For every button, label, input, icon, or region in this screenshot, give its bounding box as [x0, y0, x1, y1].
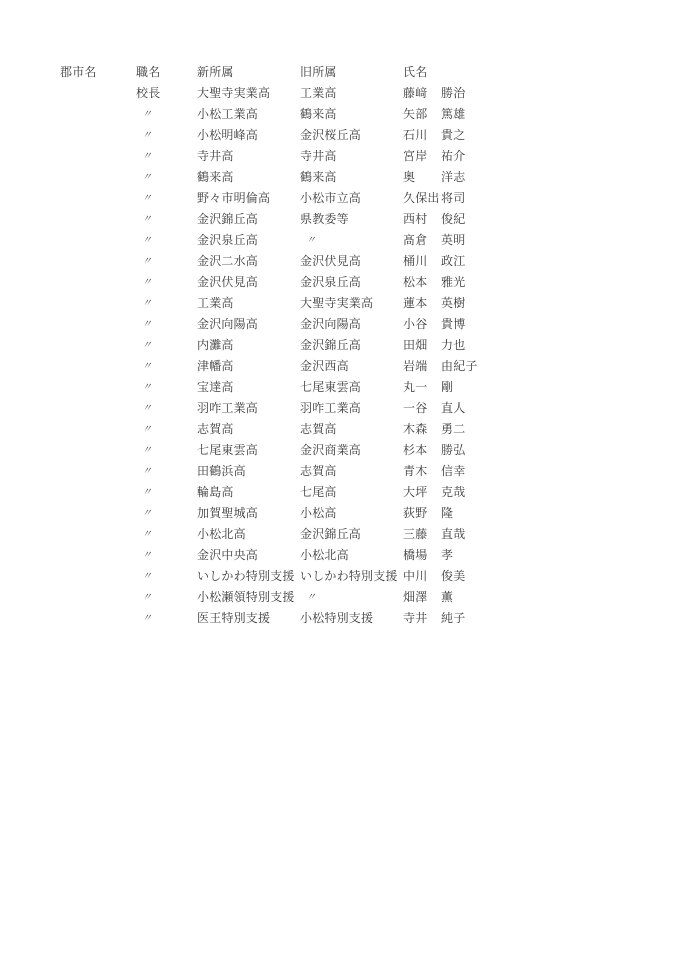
title-cell: 校長: [136, 83, 160, 104]
old-affiliation-cell: 金沢伏見高: [300, 251, 361, 272]
surname: 矢部: [403, 104, 441, 125]
surname: 石川: [403, 125, 441, 146]
name-cell: 桶川政江: [403, 251, 465, 272]
given-name: 克哉: [441, 482, 465, 503]
given-name: 政江: [441, 251, 465, 272]
given-name: 直哉: [441, 524, 465, 545]
name-cell: 三藤直哉: [403, 524, 465, 545]
old-affiliation-cell: 工業高: [300, 83, 337, 104]
name-cell: 大坪克哉: [403, 482, 465, 503]
new-affiliation-cell: 志賀高: [197, 419, 234, 440]
new-affiliation-cell: 小松北高: [197, 524, 246, 545]
surname: 桶川: [403, 251, 441, 272]
title-cell: 〃: [142, 377, 152, 398]
table-row: 〃鶴来高鶴来高奥洋志: [0, 167, 680, 188]
new-affiliation-cell: 大聖寺実業高: [197, 83, 270, 104]
header-old-affiliation: 旧所属: [300, 62, 337, 83]
surname: 藤﨑: [403, 83, 441, 104]
new-affiliation-cell: 津幡高: [197, 356, 234, 377]
name-cell: 田畑力也: [403, 335, 465, 356]
table-row: 〃羽咋工業高羽咋工業高一谷直人: [0, 398, 680, 419]
title-cell: 〃: [142, 524, 152, 545]
table-row: 〃金沢中央高小松北高橋場孝: [0, 545, 680, 566]
surname: 松本: [403, 272, 441, 293]
name-cell: 一谷直人: [403, 398, 465, 419]
name-cell: 石川貴之: [403, 125, 465, 146]
given-name: 薫: [441, 587, 453, 608]
name-cell: 奥洋志: [403, 167, 465, 188]
old-affiliation-cell: 羽咋工業高: [300, 398, 361, 419]
title-cell: 〃: [142, 503, 152, 524]
table-row: 〃寺井高寺井高宮岸祐介: [0, 146, 680, 167]
new-affiliation-cell: 工業高: [197, 293, 234, 314]
surname: 丸一: [403, 377, 441, 398]
title-cell: 〃: [142, 356, 152, 377]
old-affiliation-cell: 金沢西高: [300, 356, 349, 377]
old-affiliation-cell: 寺井高: [300, 146, 337, 167]
new-affiliation-cell: いしかわ特別支援: [197, 566, 295, 587]
old-affiliation-cell: 小松高: [300, 503, 337, 524]
given-name: 篤雄: [441, 104, 465, 125]
table-row: 〃いしかわ特別支援いしかわ特別支援中川俊美: [0, 566, 680, 587]
table-row: 〃金沢二水高金沢伏見高桶川政江: [0, 251, 680, 272]
table-row: 校長大聖寺実業高工業高藤﨑勝治: [0, 83, 680, 104]
table-row: 〃金沢泉丘高〃髙倉英明: [0, 230, 680, 251]
table-row: 〃小松工業高鶴来高矢部篤雄: [0, 104, 680, 125]
new-affiliation-cell: 七尾東雲高: [197, 440, 258, 461]
old-affiliation-cell: 金沢商業高: [300, 440, 361, 461]
table-row: 〃医王特別支援小松特別支援寺井純子: [0, 608, 680, 629]
table-row: 〃志賀高志賀高木森勇二: [0, 419, 680, 440]
old-affiliation-cell: 金沢錦丘高: [300, 524, 361, 545]
title-cell: 〃: [142, 398, 152, 419]
title-cell: 〃: [142, 314, 152, 335]
table-header: 郡市名 職名 新所属 旧所属 氏名: [0, 62, 680, 83]
surname: 寺井: [403, 608, 441, 629]
table-row: 〃金沢向陽高金沢向陽高小谷貴博: [0, 314, 680, 335]
table-row: 〃工業高大聖寺実業高蓮本英樹: [0, 293, 680, 314]
old-affiliation-cell: 鶴来高: [300, 167, 337, 188]
table-row: 〃内灘高金沢錦丘高田畑力也: [0, 335, 680, 356]
new-affiliation-cell: 鶴来高: [197, 167, 234, 188]
surname: 橋場: [403, 545, 441, 566]
given-name: 将司: [441, 188, 465, 209]
new-affiliation-cell: 金沢伏見高: [197, 272, 258, 293]
new-affiliation-cell: 宝達高: [197, 377, 234, 398]
given-name: 剛: [441, 377, 453, 398]
name-cell: 髙倉英明: [403, 230, 465, 251]
header-name: 氏名: [403, 62, 427, 83]
name-cell: 西村俊紀: [403, 209, 465, 230]
given-name: 純子: [441, 608, 465, 629]
surname: 三藤: [403, 524, 441, 545]
surname: 木森: [403, 419, 441, 440]
table-row: 〃小松明峰高金沢桜丘高石川貴之: [0, 125, 680, 146]
name-cell: 久保出将司: [403, 188, 465, 209]
title-cell: 〃: [142, 209, 152, 230]
table-row: 〃小松瀬領特別支援〃畑澤薫: [0, 587, 680, 608]
surname: 岩端: [403, 356, 441, 377]
table-row: 〃輪島高七尾高大坪克哉: [0, 482, 680, 503]
name-cell: 蓮本英樹: [403, 293, 465, 314]
name-cell: 小谷貴博: [403, 314, 465, 335]
table-row: 〃金沢伏見高金沢泉丘高松本雅光: [0, 272, 680, 293]
new-affiliation-cell: 寺井高: [197, 146, 234, 167]
personnel-table: 郡市名 職名 新所属 旧所属 氏名 校長大聖寺実業高工業高藤﨑勝治〃小松工業高鶴…: [0, 62, 680, 629]
name-cell: 藤﨑勝治: [403, 83, 465, 104]
surname: 蓮本: [403, 293, 441, 314]
given-name: 直人: [441, 398, 465, 419]
surname: 髙倉: [403, 230, 441, 251]
surname: 西村: [403, 209, 441, 230]
old-affiliation-cell: 〃: [306, 230, 316, 251]
title-cell: 〃: [142, 293, 152, 314]
title-cell: 〃: [142, 545, 152, 566]
new-affiliation-cell: 小松瀬領特別支援: [197, 587, 295, 608]
given-name: 隆: [441, 503, 453, 524]
name-cell: 橋場孝: [403, 545, 453, 566]
table-row: 〃野々市明倫高小松市立高久保出将司: [0, 188, 680, 209]
old-affiliation-cell: 金沢錦丘高: [300, 335, 361, 356]
old-affiliation-cell: いしかわ特別支援: [300, 566, 398, 587]
old-affiliation-cell: 〃: [306, 587, 316, 608]
name-cell: 杉本勝弘: [403, 440, 465, 461]
old-affiliation-cell: 金沢桜丘高: [300, 125, 361, 146]
new-affiliation-cell: 小松明峰高: [197, 125, 258, 146]
title-cell: 〃: [142, 167, 152, 188]
given-name: 英明: [441, 230, 465, 251]
table-row: 〃津幡高金沢西高岩端由紀子: [0, 356, 680, 377]
new-affiliation-cell: 医王特別支援: [197, 608, 270, 629]
name-cell: 松本雅光: [403, 272, 465, 293]
surname: 大坪: [403, 482, 441, 503]
header-title: 職名: [136, 62, 160, 83]
given-name: 力也: [441, 335, 465, 356]
surname: 田畑: [403, 335, 441, 356]
name-cell: 寺井純子: [403, 608, 465, 629]
table-row: 〃加賀聖城高小松高荻野隆: [0, 503, 680, 524]
surname: 一谷: [403, 398, 441, 419]
surname: 畑澤: [403, 587, 441, 608]
old-affiliation-cell: 七尾東雲高: [300, 377, 361, 398]
new-affiliation-cell: 金沢泉丘高: [197, 230, 258, 251]
new-affiliation-cell: 野々市明倫高: [197, 188, 270, 209]
title-cell: 〃: [142, 251, 152, 272]
title-cell: 〃: [142, 440, 152, 461]
given-name: 俊紀: [441, 209, 465, 230]
new-affiliation-cell: 羽咋工業高: [197, 398, 258, 419]
title-cell: 〃: [142, 188, 152, 209]
new-affiliation-cell: 金沢二水高: [197, 251, 258, 272]
title-cell: 〃: [142, 335, 152, 356]
given-name: 洋志: [441, 167, 465, 188]
old-affiliation-cell: 県教委等: [300, 209, 349, 230]
given-name: 英樹: [441, 293, 465, 314]
new-affiliation-cell: 金沢中央高: [197, 545, 258, 566]
old-affiliation-cell: 小松特別支援: [300, 608, 373, 629]
name-cell: 荻野隆: [403, 503, 453, 524]
given-name: 勝弘: [441, 440, 465, 461]
given-name: 勇二: [441, 419, 465, 440]
name-cell: 宮岸祐介: [403, 146, 465, 167]
surname: 小谷: [403, 314, 441, 335]
surname: 奥: [403, 167, 441, 188]
table-row: 〃金沢錦丘高県教委等西村俊紀: [0, 209, 680, 230]
title-cell: 〃: [142, 125, 152, 146]
name-cell: 矢部篤雄: [403, 104, 465, 125]
surname: 中川: [403, 566, 441, 587]
surname: 杉本: [403, 440, 441, 461]
old-affiliation-cell: 志賀高: [300, 461, 337, 482]
name-cell: 丸一剛: [403, 377, 453, 398]
new-affiliation-cell: 加賀聖城高: [197, 503, 258, 524]
title-cell: 〃: [142, 230, 152, 251]
old-affiliation-cell: 金沢泉丘高: [300, 272, 361, 293]
surname: 青木: [403, 461, 441, 482]
given-name: 孝: [441, 545, 453, 566]
old-affiliation-cell: 鶴来高: [300, 104, 337, 125]
title-cell: 〃: [142, 272, 152, 293]
header-city: 郡市名: [60, 62, 97, 83]
old-affiliation-cell: 七尾高: [300, 482, 337, 503]
header-new-affiliation: 新所属: [197, 62, 234, 83]
new-affiliation-cell: 小松工業高: [197, 104, 258, 125]
new-affiliation-cell: 内灘高: [197, 335, 234, 356]
new-affiliation-cell: 輪島高: [197, 482, 234, 503]
old-affiliation-cell: 大聖寺実業高: [300, 293, 373, 314]
surname: 久保出: [403, 188, 441, 209]
name-cell: 岩端由紀子: [403, 356, 478, 377]
title-cell: 〃: [142, 566, 152, 587]
old-affiliation-cell: 小松北高: [300, 545, 349, 566]
table-body: 校長大聖寺実業高工業高藤﨑勝治〃小松工業高鶴来高矢部篤雄〃小松明峰高金沢桜丘高石…: [0, 83, 680, 629]
new-affiliation-cell: 金沢向陽高: [197, 314, 258, 335]
given-name: 勝治: [441, 83, 465, 104]
name-cell: 青木信幸: [403, 461, 465, 482]
name-cell: 中川俊美: [403, 566, 465, 587]
title-cell: 〃: [142, 587, 152, 608]
new-affiliation-cell: 田鶴浜高: [197, 461, 246, 482]
given-name: 由紀子: [441, 356, 478, 377]
table-row: 〃田鶴浜高志賀高青木信幸: [0, 461, 680, 482]
old-affiliation-cell: 小松市立高: [300, 188, 361, 209]
new-affiliation-cell: 金沢錦丘高: [197, 209, 258, 230]
given-name: 貴博: [441, 314, 465, 335]
title-cell: 〃: [142, 608, 152, 629]
given-name: 雅光: [441, 272, 465, 293]
title-cell: 〃: [142, 104, 152, 125]
table-row: 〃小松北高金沢錦丘高三藤直哉: [0, 524, 680, 545]
given-name: 信幸: [441, 461, 465, 482]
surname: 荻野: [403, 503, 441, 524]
given-name: 祐介: [441, 146, 465, 167]
given-name: 俊美: [441, 566, 465, 587]
name-cell: 木森勇二: [403, 419, 465, 440]
old-affiliation-cell: 金沢向陽高: [300, 314, 361, 335]
old-affiliation-cell: 志賀高: [300, 419, 337, 440]
surname: 宮岸: [403, 146, 441, 167]
title-cell: 〃: [142, 419, 152, 440]
name-cell: 畑澤薫: [403, 587, 453, 608]
table-row: 〃七尾東雲高金沢商業高杉本勝弘: [0, 440, 680, 461]
title-cell: 〃: [142, 482, 152, 503]
given-name: 貴之: [441, 125, 465, 146]
title-cell: 〃: [142, 146, 152, 167]
table-row: 〃宝達高七尾東雲高丸一剛: [0, 377, 680, 398]
title-cell: 〃: [142, 461, 152, 482]
